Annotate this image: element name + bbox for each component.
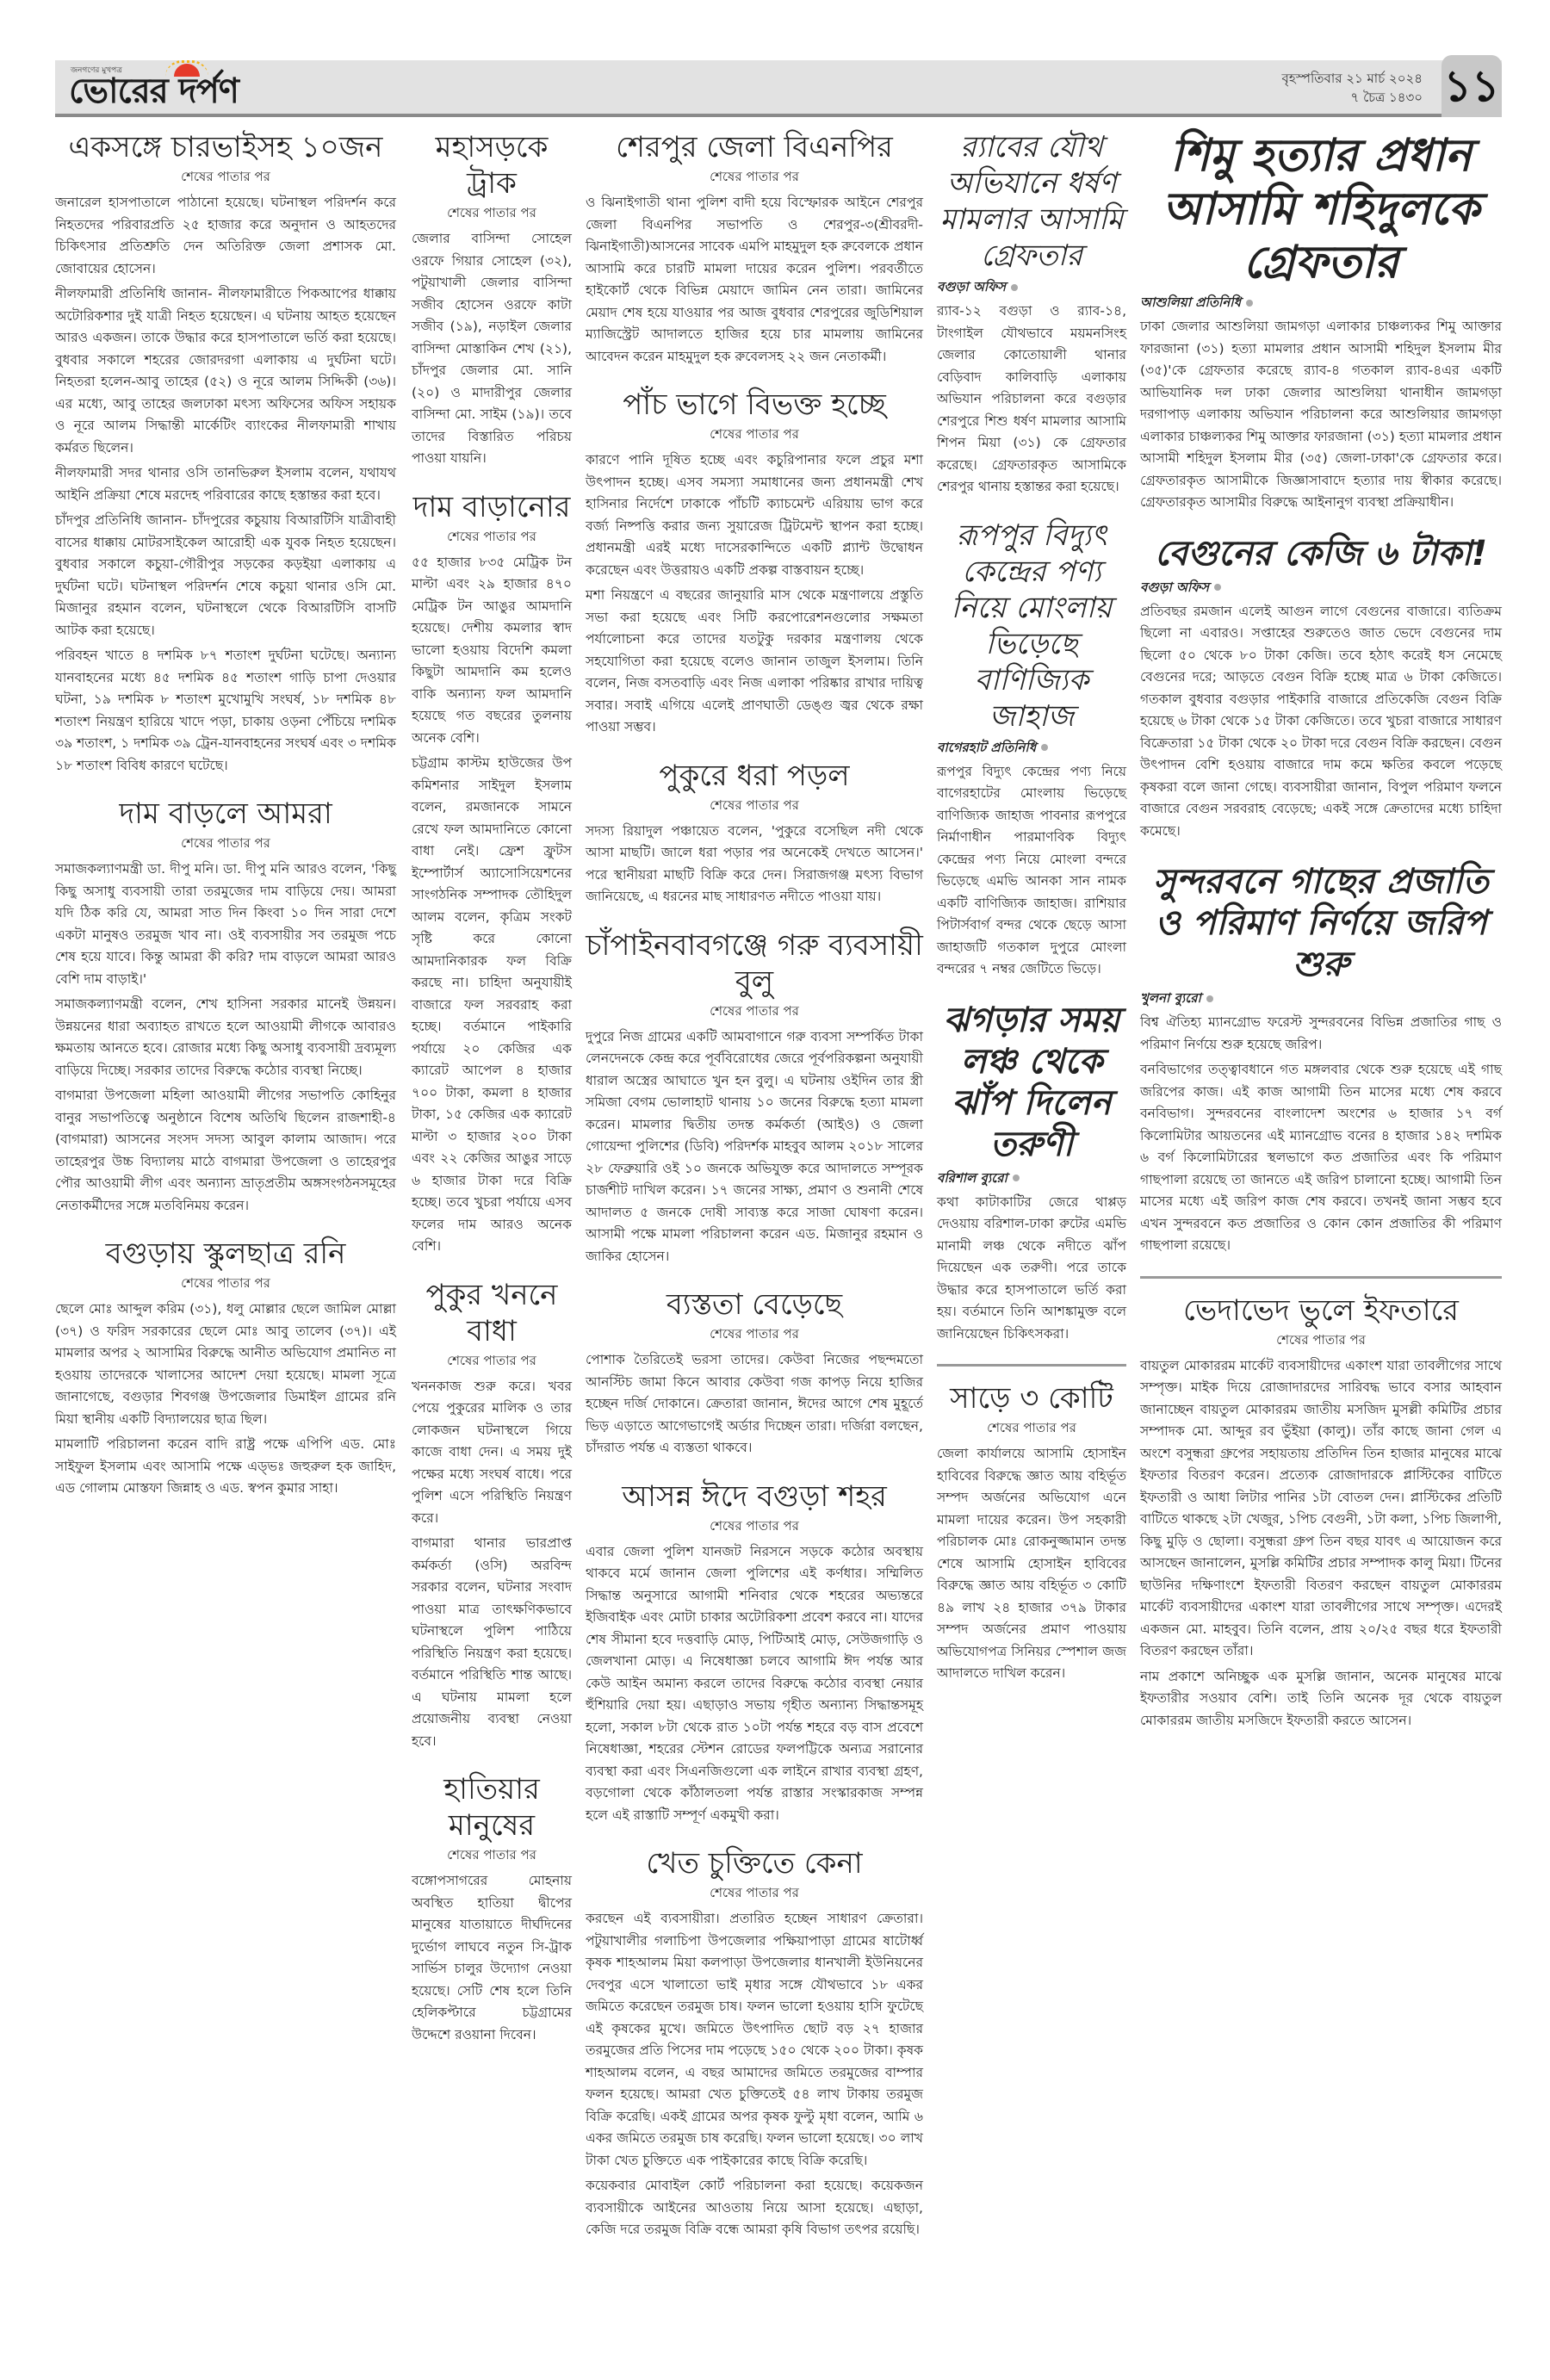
paragraph: মামলাটি পরিচালনা করেন বাদি রাষ্ট্র পক্ষে… [55, 1434, 396, 1500]
continued-label: শেষের পাতার পর [412, 1845, 572, 1867]
bullet-icon [1214, 584, 1221, 591]
article: দাম বাড়লে আমরাশেষের পাতার পরসমাজকল্যাণম… [55, 796, 396, 1217]
paragraph: জেলা কার্যালয়ে আসামি হোসাইন হাবিবের বির… [937, 1443, 1126, 1685]
article: শিমু হত্যার প্রধান আসামি শহিদুলকে গ্রেফত… [1140, 129, 1502, 514]
byline: খুলনা ব্যুরো [1140, 989, 1502, 1010]
byline-text: খুলনা ব্যুরো [1140, 990, 1201, 1006]
continued-label: শেষের পাতার পর [586, 1001, 923, 1023]
paragraph: নীলফামারী প্রতিনিধি জানান- নীলফামারীতে প… [55, 283, 396, 459]
continued-label: শেষের পাতার পর [55, 167, 396, 189]
continued-label: শেষের পাতার পর [55, 834, 396, 855]
paragraph: এবার জেলা পুলিশ যানজট নিরসনে সড়কে কঠোর … [586, 1541, 923, 1827]
article: বগুড়ায় স্কুলছাত্র রনিশেষের পাতার পরছেল… [55, 1236, 396, 1500]
paragraph: চট্টগ্রাম কাস্টম হাউজের উপ কমিশনার সাইদু… [412, 753, 572, 1258]
paragraph: কারণে পানি দূষিত হচ্ছে এবং কচুরিপানার ফল… [586, 449, 923, 581]
article: খেত চুক্তিতে কেনাশেষের পাতার পরকরছেন এই … [586, 1845, 923, 2241]
date-gregorian: বৃহস্পতিবার ২১ মার্চ ২০২৪ [1282, 69, 1423, 88]
paragraph: সমাজকল্যাণমন্ত্রী বলেন, শেখ হাসিনা সরকার… [55, 994, 396, 1082]
paragraph: চাঁদপুর প্রতিনিধি জানান- চাঁদপুরের কচুয়… [55, 510, 396, 641]
article: বেগুনের কেজি ৬ টাকা!বগুড়া অফিসপ্রতিবছর … [1140, 533, 1502, 843]
headline[interactable]: রূপপুর বিদ্যুৎ কেন্দ্রের পণ্য নিয়ে মোংল… [937, 518, 1126, 734]
headline[interactable]: আসন্ন ঈদে বগুড়া শহর [586, 1478, 923, 1515]
paragraph: পরিবহন খাতে ৪ দশমিক ৮৭ শতাংশ দুর্ঘটনা ঘট… [55, 645, 396, 777]
byline-text: বাগেরহাট প্রতিনিধি [937, 740, 1036, 755]
byline-text: বরিশাল ব্যুরো [937, 1170, 1008, 1186]
bullet-icon [1246, 300, 1253, 307]
article: একসঙ্গে চারভাইসহ ১০জনশেষের পাতার পরজনারে… [55, 129, 396, 777]
column-5: শিমু হত্যার প্রধান আসামি শহিদুলকে গ্রেফত… [1140, 129, 1502, 1751]
article: হাতিয়ার মানুষেরশেষের পাতার পরবঙ্গোপসাগর… [412, 1771, 572, 2046]
column-2: মহাসড়কে ট্রাকশেষের পাতার পরজেলার বাসিন্… [412, 129, 572, 2065]
paragraph: বাগমারা উপজেলা মহিলা আওয়ামী লীগের সভাপত… [55, 1085, 396, 1217]
paragraph: নীলফামারী সদর থানার ওসি তানভিরুল ইসলাম ব… [55, 462, 396, 506]
paragraph: র‌্যাব-১২ বগুড়া ও র‌্যাব-১৪, টাংগাইল যৌ… [937, 301, 1126, 499]
byline: বগুড়া অফিস [1140, 578, 1502, 599]
byline: বগুড়া অফিস [937, 277, 1126, 299]
continued-label: শেষের পাতার পর [586, 425, 923, 446]
paragraph: বিশ্ব ঐতিহ্য ম্যানগ্রোভ ফরেস্ট সুন্দরবনে… [1140, 1012, 1502, 1056]
headline[interactable]: দাম বাড়ানোর [412, 489, 572, 525]
continued-label: শেষের পাতার পর [412, 527, 572, 549]
headline[interactable]: সাড়ে ৩ কোটি [937, 1380, 1126, 1416]
paragraph: বঙ্গোপসাগরের মোহনায় অবস্থিত হাতিয়া দ্ব… [412, 1870, 572, 2046]
divider [937, 1364, 1126, 1367]
headline[interactable]: খেত চুক্তিতে কেনা [586, 1845, 923, 1881]
byline: বরিশাল ব্যুরো [937, 1168, 1126, 1190]
byline: আশুলিয়া প্রতিনিধি [1140, 293, 1502, 314]
paragraph: জনারেল হাসপাতালে পাঠানো হয়েছে। ঘটনাস্থল… [55, 192, 396, 280]
headline[interactable]: পাঁচ ভাগে বিভক্ত হচ্ছে [586, 387, 923, 423]
headline[interactable]: সুন্দরবনে গাছের প্রজাতি ও পরিমাণ নির্ণয়… [1140, 861, 1502, 985]
continued-label: শেষের পাতার পর [586, 1883, 923, 1905]
article: সুন্দরবনে গাছের প্রজাতি ও পরিমাণ নির্ণয়… [1140, 861, 1502, 1257]
paragraph: বনবিভাগের তত্ত্বাবধানে গত মঙ্গলবার থেকে … [1140, 1059, 1502, 1257]
byline-text: আশুলিয়া প্রতিনিধি [1140, 294, 1241, 310]
paragraph: রূপপুর বিদ্যুৎ কেন্দ্রের পণ্য নিয়ে বাগে… [937, 761, 1126, 981]
article: চাঁপাইনবাবগঞ্জে গরু ব্যবসায়ী বুলুশেষের … [586, 927, 923, 1268]
headline[interactable]: দাম বাড়লে আমরা [55, 796, 396, 832]
continued-label: শেষের পাতার পর [1140, 1330, 1502, 1352]
continued-label: শেষের পাতার পর [55, 1274, 396, 1295]
dateline: বৃহস্পতিবার ২১ মার্চ ২০২৪ ৭ চৈত্র ১৪৩০ [1282, 69, 1423, 107]
headline[interactable]: ব্যস্ততা বেড়েছে [586, 1286, 923, 1323]
paragraph: কথা কাটাকাটির জেরে থাপ্পড় দেওয়ায় বরিশ… [937, 1192, 1126, 1346]
date-bengali: ৭ চৈত্র ১৪৩০ [1282, 88, 1423, 107]
article: ঝগড়ার সময় লঞ্চ থেকে ঝাঁপ দিলেন তরুণীবর… [937, 1000, 1126, 1346]
article: দাম বাড়ানোরশেষের পাতার পর৫৫ হাজার ৮৩৫ ম… [412, 489, 572, 1258]
headline[interactable]: র‌্যাবের যৌথ অভিযানে ধর্ষণ মামলার আসামি … [937, 129, 1126, 274]
divider [1140, 1276, 1502, 1279]
page-number: ১১ [1441, 55, 1502, 117]
continued-label: শেষের পাতার পর [412, 203, 572, 225]
column-3: শেরপুর জেলা বিএনপিরশেষের পাতার পরও ঝিনাই… [586, 129, 923, 2260]
masthead: জনগণের মুখপত্র ভোরের দর্পণ বৃহস্পতিবার ২… [55, 60, 1502, 117]
paragraph: মশা নিয়ন্ত্রণে এ বছরের জানুয়ারি মাস থে… [586, 585, 923, 739]
paragraph: সদস্য রিয়াদুল পঞ্চায়েত বলেন, 'পুকুরে ব… [586, 821, 923, 908]
paragraph: পোশাক তৈরিতেই ভরসা তাদের। কেউবা নিজের পছ… [586, 1349, 923, 1460]
paragraph: বাগমারা থানার ভারপ্রাপ্ত কর্মকর্তা (ওসি)… [412, 1533, 572, 1752]
continued-label: শেষের পাতার পর [586, 1324, 923, 1346]
byline-text: বগুড়া অফিস [937, 279, 1006, 294]
headline[interactable]: বগুড়ায় স্কুলছাত্র রনি [55, 1236, 396, 1272]
paragraph: জেলার বাসিন্দা সোহেল ওরফে গিয়ার সোহেল (… [412, 228, 572, 470]
article: ভেদাভেদ ভুলে ইফতারেশেষের পাতার পরবায়তুল… [1140, 1276, 1502, 1732]
paragraph: খননকাজ শুরু করে। খবর পেয়ে পুকুরের মালিক… [412, 1376, 572, 1530]
bullet-icon [1206, 995, 1213, 1002]
bullet-icon [1011, 284, 1018, 291]
article: পাঁচ ভাগে বিভক্ত হচ্ছেশেষের পাতার পরকারণ… [586, 387, 923, 739]
article: পুকুরে ধরা পড়লশেষের পাতার পরসদস্য রিয়া… [586, 758, 923, 908]
column-1: একসঙ্গে চারভাইসহ ১০জনশেষের পাতার পরজনারে… [55, 129, 396, 1519]
headline[interactable]: পুকুরে ধরা পড়ল [586, 758, 923, 794]
paragraph: করছেন এই ব্যবসায়ীরা। প্রতারিত হচ্ছেন সা… [586, 1908, 923, 2172]
headline[interactable]: ঝগড়ার সময় লঞ্চ থেকে ঝাঁপ দিলেন তরুণী [937, 1000, 1126, 1165]
paragraph: ছেলে মোঃ আব্দুল করিম (৩১), ধলু মোল্লার ছ… [55, 1298, 396, 1430]
paragraph: বায়তুল মোকাররম মার্কেট ব্যবসায়ীদের একা… [1140, 1355, 1502, 1663]
paragraph: ৫৫ হাজার ৮৩৫ মেট্রিক টন মাল্টা এবং ২৯ হা… [412, 552, 572, 750]
byline-text: বগুড়া অফিস [1140, 580, 1209, 595]
continued-label: শেষের পাতার পর [586, 1516, 923, 1538]
paragraph: সমাজকল্যাণমন্ত্রী ডা. দীপু মনি। ডা. দীপু… [55, 858, 396, 990]
newspaper-logo: ভোরের দর্পণ [69, 72, 239, 110]
paragraph: প্রতিবছর রমজান এলেই আগুন লাগে বেগুনের বা… [1140, 601, 1502, 843]
headline[interactable]: একসঙ্গে চারভাইসহ ১০জন [55, 129, 396, 165]
article: ব্যস্ততা বেড়েছেশেষের পাতার পরপোশাক তৈরি… [586, 1286, 923, 1460]
headline[interactable]: মহাসড়কে ট্রাক [412, 129, 572, 201]
article: র‌্যাবের যৌথ অভিযানে ধর্ষণ মামলার আসামি … [937, 129, 1126, 499]
paragraph: ঢাকা জেলার আশুলিয়া জামগড়া এলাকার চাঞ্চ… [1140, 316, 1502, 514]
bullet-icon [1013, 1175, 1020, 1181]
paragraph: কয়েকবার মোবাইল কোর্ট পরিচালনা করা হয়েছ… [586, 2175, 923, 2241]
continued-label: শেষের পাতার পর [586, 796, 923, 817]
headline[interactable]: চাঁপাইনবাবগঞ্জে গরু ব্যবসায়ী বুলু [586, 927, 923, 1000]
headline[interactable]: শেরপুর জেলা বিএনপির [586, 129, 923, 165]
paragraph: দুপুরে নিজ গ্রামের একটি আমবাগানে গরু ব্য… [586, 1026, 923, 1268]
paragraph: নাম প্রকাশে অনিচ্ছুক এক মুসল্লি জানান, অ… [1140, 1666, 1502, 1732]
article: আসন্ন ঈদে বগুড়া শহরশেষের পাতার পরএবার জ… [586, 1478, 923, 1827]
headline[interactable]: পুকুর খননে বাধা [412, 1277, 572, 1349]
headline[interactable]: হাতিয়ার মানুষের [412, 1771, 572, 1844]
continued-label: শেষের পাতার পর [586, 167, 923, 189]
article: সাড়ে ৩ কোটিশেষের পাতার পরজেলা কার্যালয়… [937, 1364, 1126, 1685]
headline[interactable]: ভেদাভেদ ভুলে ইফতারে [1140, 1292, 1502, 1329]
byline: বাগেরহাট প্রতিনিধি [937, 738, 1126, 759]
article: মহাসড়কে ট্রাকশেষের পাতার পরজেলার বাসিন্… [412, 129, 572, 470]
article: রূপপুর বিদ্যুৎ কেন্দ্রের পণ্য নিয়ে মোংল… [937, 518, 1126, 981]
article: পুকুর খননে বাধাশেষের পাতার পরখননকাজ শুরু… [412, 1277, 572, 1753]
bullet-icon [1041, 744, 1048, 751]
continued-label: শেষের পাতার পর [412, 1351, 572, 1373]
headline[interactable]: শিমু হত্যার প্রধান আসামি শহিদুলকে গ্রেফত… [1140, 129, 1502, 289]
article: শেরপুর জেলা বিএনপিরশেষের পাতার পরও ঝিনাই… [586, 129, 923, 368]
continued-label: শেষের পাতার পর [937, 1418, 1126, 1440]
column-4: র‌্যাবের যৌথ অভিযানে ধর্ষণ মামলার আসামি … [937, 129, 1126, 1704]
headline[interactable]: বেগুনের কেজি ৬ টাকা! [1140, 533, 1502, 574]
paragraph: ও ঝিনাইগাতী থানা পুলিশ বাদী হয়ে বিস্ফোর… [586, 192, 923, 368]
